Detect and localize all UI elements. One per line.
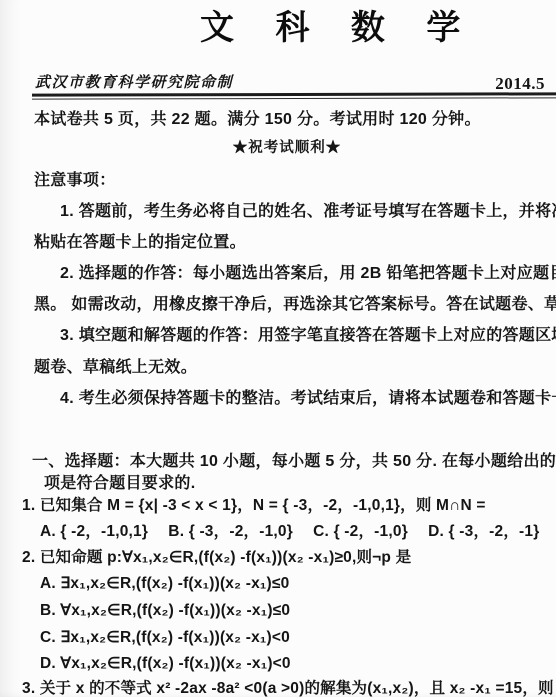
exam-issuer: 武汉市教育科学研究院命制 [35, 74, 233, 93]
notice-item-1-wrap: 粘贴在答题卡上的指定位置。 [34, 233, 246, 253]
question-2-option-c: C. ∃x₁,x₂∈R,(f(x₂) -f(x₁))(x₂ -x₁)<0 [40, 628, 290, 647]
notice-item-2: 2. 选择题的作答：每小题选出答案后，用 2B 铅笔把答题卡上对应题目的答案标号… [60, 264, 556, 284]
exam-title: 文 科 数 学 [200, 7, 468, 50]
notice-heading: 注意事项： [34, 171, 116, 191]
question-2-option-a: A. ∃x₁,x₂∈R,(f(x₂) -f(x₁))(x₂ -x₁)≤0 [40, 574, 289, 593]
notice-item-1: 1. 答题前，考生务必将自己的姓名、准考证号填写在答题卡上，并将准考证号条形码 [60, 202, 556, 222]
notice-item-2-wrap: 黑。 如需改动，用橡皮擦干净后，再选涂其它答案标号。答在试题卷、草稿纸上无效。 [34, 295, 556, 315]
double-rule-top [32, 92, 556, 96]
double-rule-bottom [32, 97, 556, 100]
section-one-heading-wrap: 项是符合题目要求的. [44, 474, 195, 494]
exam-date: 2014.5 [495, 73, 545, 94]
notice-item-4: 4. 考生必须保持答题卡的整洁。考试结束后，请将本试题卷和答题卡一并上交。 [60, 389, 556, 409]
question-2-option-d: D. ∀x₁,x₂∈R,(f(x₂) -f(x₁))(x₂ -x₁)<0 [40, 654, 291, 673]
notice-item-3: 3. 填空题和解答题的作答：用签字笔直接答在答题卡上对应的答题区域内。 答在试 [60, 326, 556, 346]
question-2-stem: 2. 已知命题 p:∀x₁,x₂∈R,(f(x₂) -f(x₁))(x₂ -x₁… [22, 548, 411, 567]
question-1-options: A. { -2，-1,0,1} B. { -3，-2，-1,0} C. { -2… [40, 522, 539, 541]
exam-paper-page: 文 科 数 学 武汉市教育科学研究院命制 2014.5 本试卷共 5 页，共 2… [0, 0, 556, 697]
section-one-heading: 一、选择题：本大题共 10 小题，每小题 5 分，共 50 分. 在每小题给出的… [32, 452, 556, 472]
notice-item-3-wrap: 题卷、草稿纸上无效。 [34, 358, 197, 378]
question-3-stem: 3. 关于 x 的不等式 x² -2ax -8a² <0(a >0)的解集为(x… [22, 679, 556, 697]
exam-info: 本试卷共 5 页，共 22 题。满分 150 分。考试用时 120 分钟。 [34, 110, 481, 130]
question-2-option-b: B. ∀x₁,x₂∈R,(f(x₂) -f(x₁))(x₂ -x₁)≤0 [40, 601, 290, 620]
question-1-stem: 1. 已知集合 M = {x| -3 < x < 1}，N = { -3，-2，… [22, 496, 486, 515]
exam-wish: ★祝考试顺利★ [0, 139, 556, 157]
